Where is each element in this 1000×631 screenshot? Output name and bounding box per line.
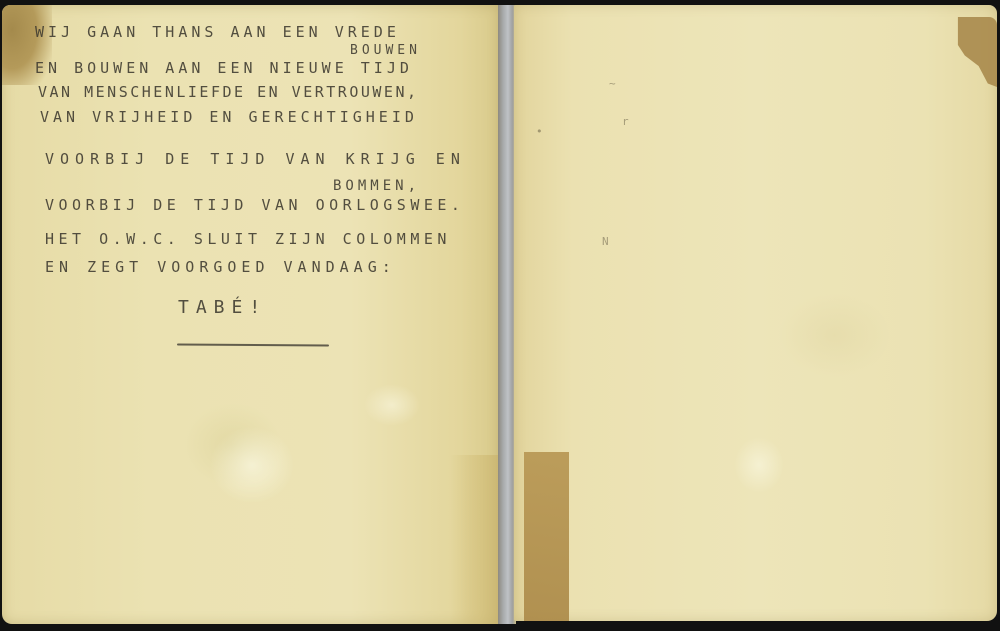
poem-line-7: bommen, bbox=[333, 178, 420, 194]
ink-bleed-mark: ~ bbox=[609, 77, 616, 90]
signoff-tabe: Tabé! bbox=[178, 297, 267, 318]
poem-line-3: En bouwen aan een nieuwe tijd bbox=[35, 59, 413, 77]
signoff-underline bbox=[177, 343, 329, 346]
handwritten-poem: Wij gaan thans aan een vrede bouwen En b… bbox=[2, 5, 500, 624]
poem-line-2: bouwen bbox=[350, 43, 421, 58]
ink-bleed-mark: N bbox=[602, 235, 609, 248]
poem-line-6: Voorbij de tijd van krijg en bbox=[45, 150, 466, 168]
poem-line-4: van menschenliefde en vertrouwen, bbox=[38, 83, 419, 101]
poem-line-9: Het O.W.C. sluit zijn colommen bbox=[45, 230, 451, 248]
poem-line-1: Wij gaan thans aan een vrede bbox=[35, 23, 400, 41]
ink-bleed-mark: • bbox=[536, 125, 543, 138]
corner-stain bbox=[951, 17, 997, 87]
right-page: ~ r • N bbox=[514, 5, 997, 621]
poem-line-10: en zegt voorgoed vandaag: bbox=[45, 258, 396, 276]
poem-line-5: van vrijheid en gerechtigheid bbox=[40, 108, 418, 126]
booklet-scan: Wij gaan thans aan een vrede bouwen En b… bbox=[0, 0, 1000, 631]
poem-line-8: voorbij de tijd van oorlogswee. bbox=[45, 196, 464, 214]
ink-bleed-mark: r bbox=[622, 115, 629, 128]
left-page: Wij gaan thans aan een vrede bouwen En b… bbox=[2, 5, 500, 624]
tape-strip bbox=[524, 452, 569, 621]
